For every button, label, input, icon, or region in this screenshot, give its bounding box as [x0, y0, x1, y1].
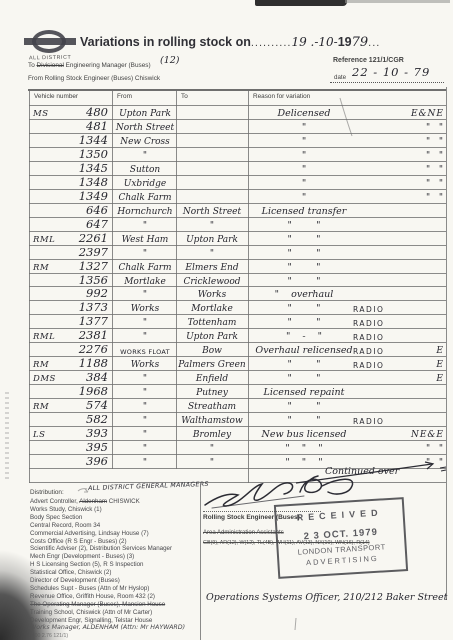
vehicle-number: 384 [28, 370, 108, 384]
row-rule [29, 105, 446, 106]
row-rule [29, 133, 446, 134]
handwritten-date-year: 79 [352, 35, 369, 50]
from-cell: Hornchurch [114, 207, 176, 217]
distribution-item: Commercial Advertising, Lindsay House (7… [30, 530, 149, 537]
struck-divisional: Divisional [37, 62, 64, 69]
to-cell: Walthamstow [178, 416, 246, 426]
to-cell: Cricklewood [178, 277, 246, 287]
from-cell: " [114, 388, 176, 398]
reason-cell: " [250, 122, 358, 133]
distribution-item: Body Spec Section [30, 514, 82, 521]
to-cell: Elmers End [178, 263, 246, 273]
to-cell: Putney [178, 388, 246, 398]
table-row: RM1188WorksPalmers Green" "RADIOE [0, 356, 453, 370]
row-rule [29, 231, 446, 232]
vehicle-number: 395 [28, 440, 108, 454]
row-rule [29, 356, 446, 357]
table-row: 2397""" " [0, 245, 453, 259]
table-row: 646HornchurchNorth StreetLicensed transf… [0, 203, 453, 217]
reason-cell: " " [250, 234, 358, 245]
vehicle-number: 646 [28, 203, 108, 217]
radio-cell: RADIO [353, 305, 395, 314]
table-row: 1377"Tottenham" "RADIO [0, 314, 453, 328]
reason-cell: " " [250, 317, 358, 328]
to-cell: Bromley [178, 430, 246, 440]
to-cell: North Street [178, 207, 246, 217]
column-rule [248, 90, 249, 483]
col-header-vehicle-number: Vehicle number [34, 93, 78, 100]
table-row: 1373WorksMortlake" "RADIO [0, 300, 453, 314]
vehicle-number: 396 [28, 454, 108, 468]
vehicle-number: 1968 [28, 384, 108, 398]
reason-cell: Licensed repaint [250, 387, 358, 398]
from-cell: " [114, 402, 176, 412]
distribution-item: Works Study, Chiswick (1) [30, 506, 102, 513]
row-rule [29, 328, 446, 329]
table-row: RML2261West HamUpton Park" " [0, 231, 453, 245]
scan-shadow-bottom-left [0, 545, 70, 640]
to-cell: Upton Park [178, 235, 246, 245]
row-rule [29, 147, 446, 148]
column-rule [176, 90, 177, 469]
vehicle-number: 1356 [28, 273, 108, 287]
table-row: LS393"BromleyNew bus licensedNE&E [0, 426, 453, 440]
note-cell: " " [396, 123, 444, 133]
row-rule [29, 217, 446, 218]
continued-over-note: Continued over [325, 466, 399, 477]
form-title-line: Variations in rolling stock on..........… [80, 33, 380, 51]
table-row: 395""" " "" " [0, 440, 453, 454]
table-row: 1345Sutton"" " [0, 161, 453, 175]
reason-cell: " " [250, 303, 358, 314]
stamp-received-text: RECEIVED [276, 506, 402, 524]
note-cell: E&NE [396, 109, 444, 119]
row-rule [29, 482, 446, 483]
reason-cell: " [250, 178, 358, 189]
distribution-item-text: Central Record, Room 34 [30, 522, 100, 529]
reason-cell: " " [250, 220, 358, 231]
row-rule [29, 426, 446, 427]
radio-cell: RADIO [353, 319, 395, 328]
note-cell: E [396, 360, 444, 370]
reason-cell: Delicensed [250, 108, 358, 119]
from-cell: Uxbridge [114, 179, 176, 189]
vehicle-number: 1345 [28, 161, 108, 175]
from-cell: " [114, 458, 176, 468]
from-cell: " [114, 151, 176, 161]
distribution-item-text: Costs Office (R S Engr - Buses) (2) [30, 538, 127, 545]
row-rule [29, 161, 446, 162]
table-top-border [28, 89, 446, 91]
distribution-item: Advert Controller, Aldenham CHISWICK [30, 498, 140, 505]
distribution-item-text: Works Study, Chiswick (1) [30, 506, 102, 513]
row-rule [29, 203, 446, 204]
reference-number: Reference 121/1/CGR [333, 57, 404, 64]
note-cell: " " [396, 137, 444, 147]
table-row: 582"Walthamstow" "RADIO [0, 412, 453, 426]
to-cell: Tottenham [178, 318, 246, 328]
column-rule [29, 90, 30, 483]
reason-cell: " [250, 136, 358, 147]
vehicle-number: 2261 [28, 231, 108, 245]
vehicle-number: 2276 [28, 342, 108, 356]
table-row: 1348Uxbridge"" " [0, 175, 453, 189]
reason-cell: " " [250, 248, 358, 259]
vehicle-number: 481 [28, 119, 108, 133]
from-cell: Chalk Farm [114, 193, 176, 203]
radio-cell: RADIO [353, 361, 395, 370]
from-cell: North Street [114, 123, 176, 133]
note-cell: NE&E [396, 430, 444, 440]
distribution-item-text: Commercial Advertising, Lindsay House (7… [30, 530, 149, 537]
handwritten-date-day-month: 19 .-10- [291, 35, 337, 49]
from-cell: Upton Park [114, 109, 176, 119]
row-rule [29, 398, 446, 399]
distribution-label: Distribution: [30, 489, 64, 496]
vehicle-number: 1344 [28, 133, 108, 147]
vehicle-number: 992 [28, 286, 108, 300]
column-rule [112, 90, 113, 469]
vehicle-number: 2397 [28, 245, 108, 259]
table-row: 1356MortlakeCricklewood" " [0, 273, 453, 287]
reason-cell: " " " [250, 443, 358, 454]
reason-cell: " " [250, 373, 358, 384]
reason-cell: Licensed transfer [250, 206, 358, 217]
reason-cell: " " [250, 262, 358, 273]
table-row: 481North Street"" " [0, 119, 453, 133]
reason-cell: " - " [250, 331, 358, 342]
london-transport-roundel-logo [24, 30, 76, 54]
row-rule [29, 286, 446, 287]
note-cell: E [396, 374, 444, 384]
radio-cell: RADIO [353, 333, 395, 342]
scan-streak-top [255, 0, 347, 6]
to-line: To Divisional Engineering Manager (Buses… [28, 62, 151, 69]
vehicle-number: 1377 [28, 314, 108, 328]
from-cell: WORKS FLOAT [114, 348, 176, 356]
to-cell: Streatham [178, 402, 246, 412]
reason-cell: " [250, 192, 358, 203]
date-dotted-underline [330, 82, 444, 83]
col-header-reason: Reason for variation [253, 93, 310, 100]
note-cell: " " [396, 179, 444, 189]
date-label: date [334, 74, 346, 81]
note-cell: " " [396, 165, 444, 175]
distribution-item-text: Advert Controller, [30, 498, 79, 505]
from-cell: Mortlake [114, 277, 176, 287]
row-rule [29, 259, 446, 260]
vehicle-number: 1188 [28, 356, 108, 370]
form-title: Variations in rolling stock on [80, 35, 251, 49]
from-cell: " [114, 249, 176, 259]
scanned-form-page: Variations in rolling stock on..........… [0, 0, 453, 640]
stamp-date: 2 3 OCT. 1979 [278, 525, 404, 544]
note-cell: " " [396, 151, 444, 161]
printed-century: 19 [338, 35, 352, 49]
table-row: 2276WORKS FLOATBowOverhaul relicensedRAD… [0, 342, 453, 356]
vehicle-number: 1327 [28, 259, 108, 273]
from-cell: New Cross [114, 137, 176, 147]
table-row: 1968"PutneyLicensed repaint [0, 384, 453, 398]
title-dotted-line-end: ... [368, 37, 380, 49]
vehicle-number: 1349 [28, 189, 108, 203]
from-cell: " [114, 290, 176, 300]
struck-area-admin-line: Area Administration Assistants [203, 530, 284, 536]
row-rule [29, 273, 446, 274]
table-row: RML2381"Upton Park" - "RADIO [0, 328, 453, 342]
vehicle-number: 393 [28, 426, 108, 440]
to-cell: " [178, 249, 246, 259]
from-cell: Works [114, 360, 176, 370]
distribution-item-text: CHISWICK [107, 498, 140, 505]
reason-cell: Overhaul relicensed [250, 345, 358, 356]
table-row: RM1327Chalk FarmElmers End" " [0, 259, 453, 273]
reason-cell: " [250, 150, 358, 161]
row-rule [29, 119, 446, 120]
reason-cell: " " [250, 276, 358, 287]
table-row: MS480Upton ParkDelicensedE&NE [0, 105, 453, 119]
from-cell: " [114, 416, 176, 426]
row-rule [29, 454, 446, 455]
vehicle-number: 582 [28, 412, 108, 426]
row-rule [29, 189, 446, 190]
column-rule [446, 87, 447, 600]
col-header-from: From [117, 93, 132, 100]
distribution-item: Central Record, Room 34 [30, 522, 100, 529]
note-cell: " " [396, 193, 444, 203]
from-line: From Rolling Stock Engineer (Buses) Chis… [28, 75, 160, 82]
from-cell: " [114, 332, 176, 342]
to-cell: " [178, 444, 246, 454]
to-cell: Bow [178, 346, 246, 356]
vehicle-number: 647 [28, 217, 108, 231]
to-cell: Palmers Green [178, 360, 246, 370]
to-cell: Enfield [178, 374, 246, 384]
reason-cell: New bus licensed [250, 429, 358, 440]
table-row: RM574"Streatham" " [0, 398, 453, 412]
row-rule [29, 175, 446, 176]
distribution-item-text: Body Spec Section [30, 514, 82, 521]
row-rule [29, 245, 446, 246]
from-cell: Chalk Farm [114, 263, 176, 273]
reason-cell: " [250, 164, 358, 175]
table-row: 647""" " [0, 217, 453, 231]
row-rule [29, 314, 446, 315]
note-cell: " " [396, 444, 444, 454]
from-cell: " [114, 318, 176, 328]
column-rule [200, 486, 201, 640]
radio-cell: RADIO [353, 417, 395, 426]
title-dotted-line: .......... [251, 37, 292, 49]
row-rule [29, 370, 446, 371]
vehicle-number: 574 [28, 398, 108, 412]
to-cell: Mortlake [178, 304, 246, 314]
handwritten-date: 22 - 10 - 79 [352, 65, 430, 79]
col-header-to: To [181, 93, 188, 100]
reason-cell: " " [250, 359, 358, 370]
distribution-item-struck: Aldenham [79, 498, 107, 505]
from-cell: " [114, 430, 176, 440]
received-stamp: RECEIVED 2 3 OCT. 1979 LONDON TRANSPORT … [274, 497, 408, 579]
vehicle-number: 1348 [28, 175, 108, 189]
row-rule [29, 412, 446, 413]
operations-systems-officer-note: Operations Systems Officer, 210/212 Bake… [206, 592, 447, 603]
row-rule [29, 384, 446, 385]
handwritten-copies-count: (12) [160, 55, 180, 66]
table-row: 1349Chalk Farm"" " [0, 189, 453, 203]
from-cell: " [114, 444, 176, 454]
reason-cell: " " [250, 401, 358, 412]
radio-cell: RADIO [353, 347, 395, 356]
table-row: DMS384"Enfield" "E [0, 370, 453, 384]
from-cell: Works [114, 304, 176, 314]
reason-cell: " " [250, 415, 358, 426]
to-cell: Upton Park [178, 332, 246, 342]
note-cell: " " [396, 458, 444, 468]
table-row: 1350""" " [0, 147, 453, 161]
all-district-stamp: ALL DISTRICT [29, 55, 71, 62]
from-cell: " [114, 221, 176, 231]
to-cell: " [178, 458, 246, 468]
vehicle-number: 2381 [28, 328, 108, 342]
from-cell: West Ham [114, 235, 176, 245]
table-row: 1344New Cross"" " [0, 133, 453, 147]
row-rule [29, 300, 446, 301]
from-cell: " [114, 374, 176, 384]
scan-streak-top-light [345, 0, 450, 3]
row-rule [29, 342, 446, 343]
vehicle-number: 1373 [28, 300, 108, 314]
distribution-item: Costs Office (R S Engr - Buses) (2) [30, 538, 127, 545]
vehicle-number: 480 [28, 105, 108, 119]
reason-cell: " overhaul [250, 289, 358, 300]
from-cell: Sutton [114, 165, 176, 175]
row-rule [29, 440, 446, 441]
note-cell: E [396, 346, 444, 356]
vehicle-number: 1350 [28, 147, 108, 161]
to-cell: " [178, 221, 246, 231]
to-cell: Works [178, 290, 246, 300]
table-row: 992"Works" overhaul [0, 286, 453, 300]
